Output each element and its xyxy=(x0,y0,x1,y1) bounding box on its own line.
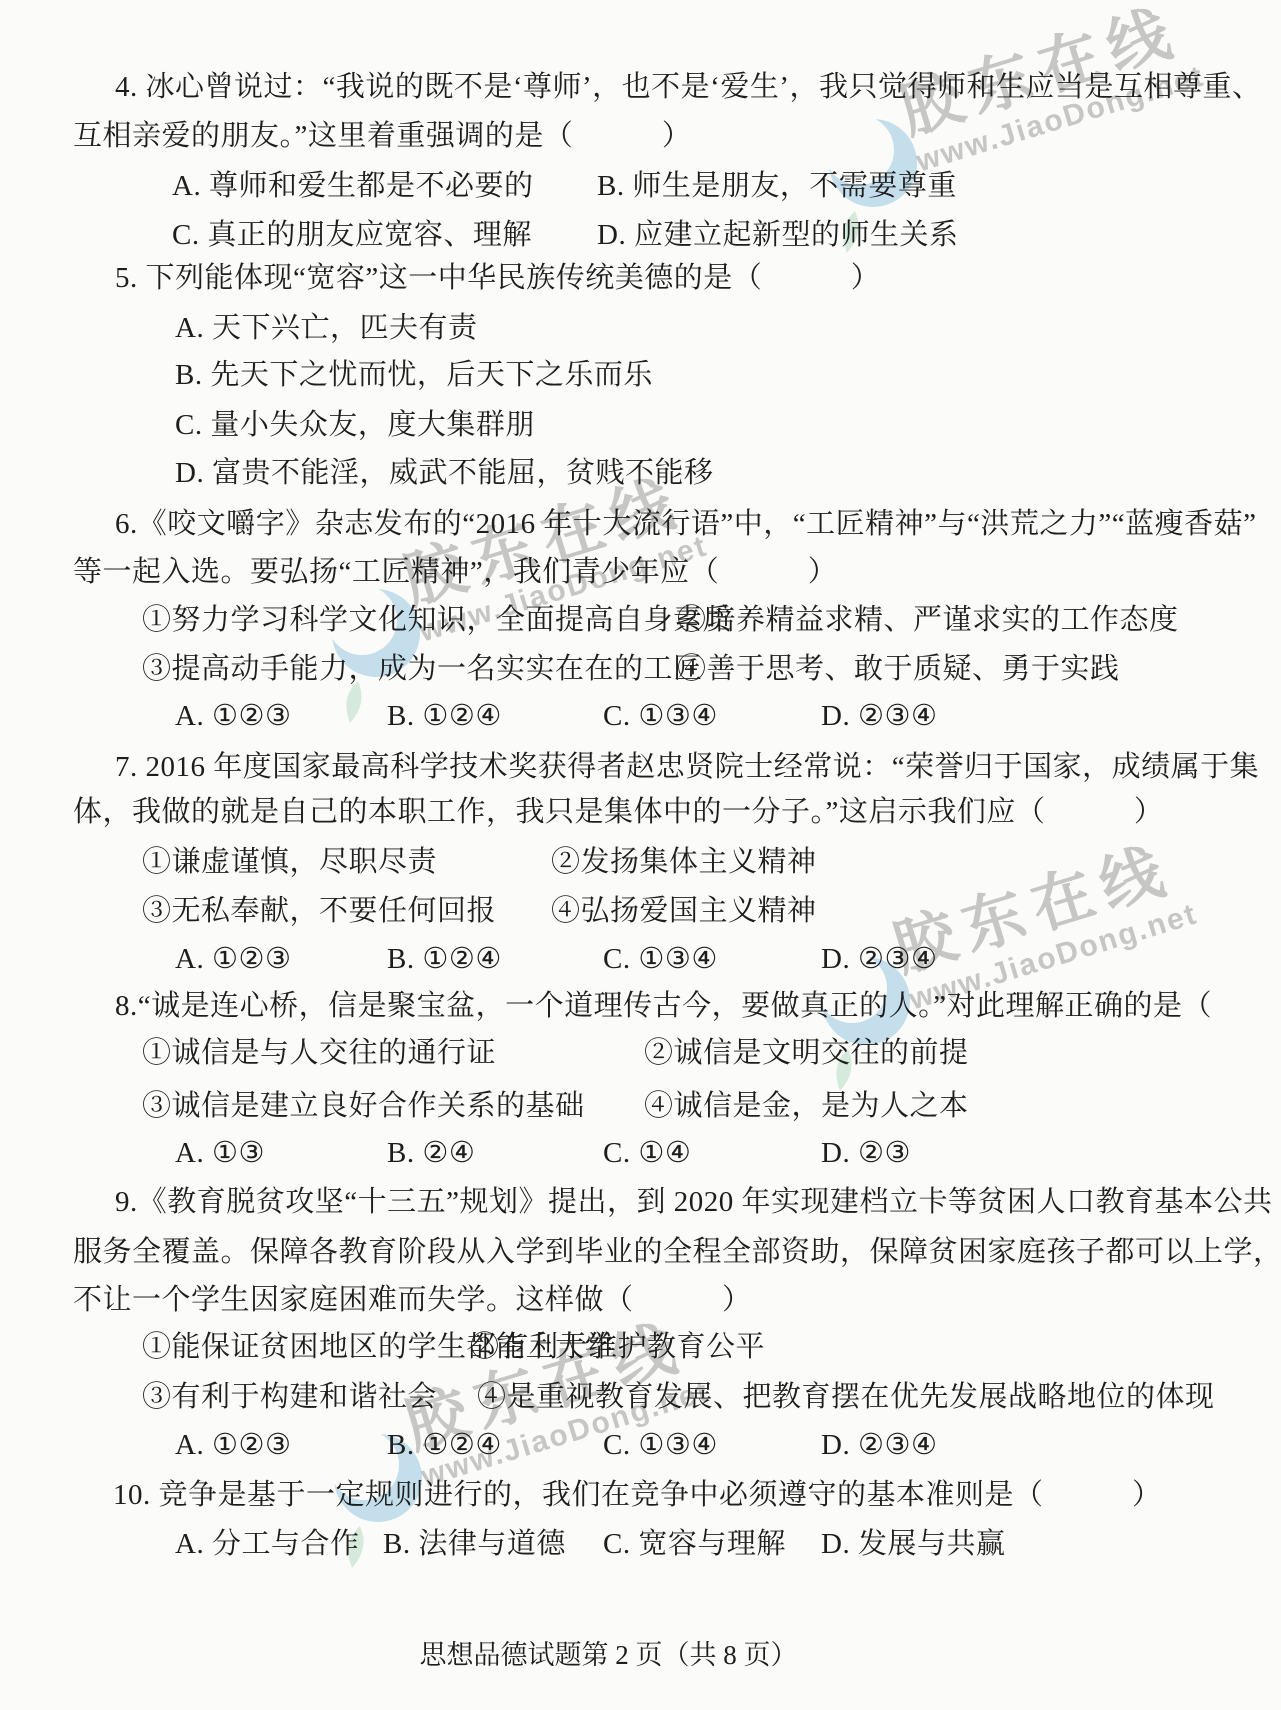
q5-option-b: B. 先天下之忧而忧，后天下之乐而乐 xyxy=(175,351,653,399)
q7-item-2: ②发扬集体主义精神 xyxy=(551,838,817,886)
q8-option-b: B. ②④ xyxy=(387,1129,475,1177)
q6-item-2: ②培养精益求精、严谨求实的工作态度 xyxy=(677,596,1179,644)
q7-option-c: C. ①③④ xyxy=(603,935,718,983)
q6-item-1: ①努力学习科学文化知识，全面提高自身素质 xyxy=(142,596,732,644)
q9-option-b: B. ①②④ xyxy=(387,1421,502,1469)
page-footer: 思想品德试题第 2 页（共 8 页） xyxy=(0,1633,1249,1672)
q8-item-1: ①诚信是与人交往的通行证 xyxy=(142,1029,496,1077)
q9-option-c: C. ①③④ xyxy=(603,1421,718,1469)
q6-option-b: B. ①②④ xyxy=(387,692,502,740)
q6-line-2: 等一起入选。要弘扬“工匠精神”，我们青少年应（ ） xyxy=(73,548,837,596)
q4-option-a: A. 尊师和爱生都是不必要的 xyxy=(172,162,533,210)
q10-option-b: B. 法律与道德 xyxy=(383,1520,566,1568)
q6-item-4: ④善于思考、敢于质疑、勇于实践 xyxy=(677,645,1120,693)
q7-option-d: D. ②③④ xyxy=(821,935,937,983)
q4-option-c: C. 真正的朋友应宽容、理解 xyxy=(172,211,532,259)
q9-option-d: D. ②③④ xyxy=(821,1421,937,1469)
q10-line-1: 10. 竞争是基于一定规则进行的，我们在竞争中必须遵守的基本准则是（ ） xyxy=(113,1471,1162,1519)
q8-option-d: D. ②③ xyxy=(821,1129,911,1177)
exam-page: 胶东在线 www.JiaoDong.net 胶东在线 www.JiaoDong.… xyxy=(0,0,1281,1710)
q5-option-a: A. 天下兴亡，匹夫有责 xyxy=(175,304,477,352)
q5-option-c: C. 量小失众友，度大集群朋 xyxy=(175,401,535,449)
q8-line-1: 8.“诚是连心桥，信是聚宝盆，一个道理传古今，要做真正的人。”对此理解正确的是（… xyxy=(115,982,1281,1030)
q5-line-1: 5. 下列能体现“宽容”这一中华民族传统美德的是（ ） xyxy=(115,254,880,302)
q7-item-1: ①谦虚谨慎，尽职尽责 xyxy=(142,838,437,886)
q7-line-2: 体，我做的就是自己的本职工作，我只是集体中的一分子。”这启示我们应（ ） xyxy=(73,788,1163,836)
q4-line-1: 4. 冰心曾说过：“我说的既不是‘尊师’，也不是‘爱生’，我只觉得师和生应当是互… xyxy=(115,63,1262,111)
q4-option-d: D. 应建立起新型的师生关系 xyxy=(597,211,958,259)
q8-item-4: ④诚信是金，是为人之本 xyxy=(644,1082,969,1130)
q8-item-3: ③诚信是建立良好合作关系的基础 xyxy=(142,1082,585,1130)
q7-line-1: 7. 2016 年度国家最高科学技术奖获得者赵忠贤院士经常说：“荣誉归于国家，成… xyxy=(115,743,1259,791)
q7-item-3: ③无私奉献，不要任何回报 xyxy=(142,887,496,935)
q8-option-c: C. ①④ xyxy=(603,1129,691,1177)
q4-line-2: 互相亲爱的朋友。”这里着重强调的是（ ） xyxy=(73,112,691,160)
q6-item-3: ③提高动手能力，成为一名实实在在的工匠 xyxy=(142,645,703,693)
q6-option-c: C. ①③④ xyxy=(603,692,718,740)
q9-item-3: ③有利于构建和谐社会 xyxy=(142,1373,437,1421)
q10-option-a: A. 分工与合作 xyxy=(175,1520,359,1568)
q7-item-4: ④弘扬爱国主义精神 xyxy=(551,887,817,935)
q9-line-1: 9.《教育脱贫攻坚“十三五”规划》提出，到 2020 年实现建档立卡等贫困人口教… xyxy=(115,1178,1273,1226)
q8-option-a: A. ①③ xyxy=(175,1129,265,1177)
q10-option-d: D. 发展与共赢 xyxy=(821,1520,1005,1568)
q5-option-d: D. 富贵不能淫，威武不能屈，贫贱不能移 xyxy=(175,449,713,497)
q10-option-c: C. 宽容与理解 xyxy=(603,1520,786,1568)
q6-option-d: D. ②③④ xyxy=(821,692,937,740)
q6-line-1: 6.《咬文嚼字》杂志发布的“2016 年十大流行语”中，“工匠精神”与“洪荒之力… xyxy=(115,500,1256,548)
q9-line-2: 服务全覆盖。保障各教育阶段从入学到毕业的全程全部资助，保障贫困家庭孩子都可以上学… xyxy=(73,1228,1281,1276)
q7-option-b: B. ①②④ xyxy=(387,935,502,983)
q9-item-4: ④是重视教育发展、把教育摆在优先发展战略地位的体现 xyxy=(477,1373,1215,1421)
q9-option-a: A. ①②③ xyxy=(175,1421,291,1469)
q6-option-a: A. ①②③ xyxy=(175,692,291,740)
q8-item-2: ②诚信是文明交往的前提 xyxy=(644,1029,969,1077)
q9-item-2: ②有利于维护教育公平 xyxy=(470,1323,765,1371)
q4-option-b: B. 师生是朋友，不需要尊重 xyxy=(597,162,957,210)
q9-line-3: 不让一个学生因家庭困难而失学。这样做（ ） xyxy=(73,1276,752,1324)
q7-option-a: A. ①②③ xyxy=(175,935,291,983)
